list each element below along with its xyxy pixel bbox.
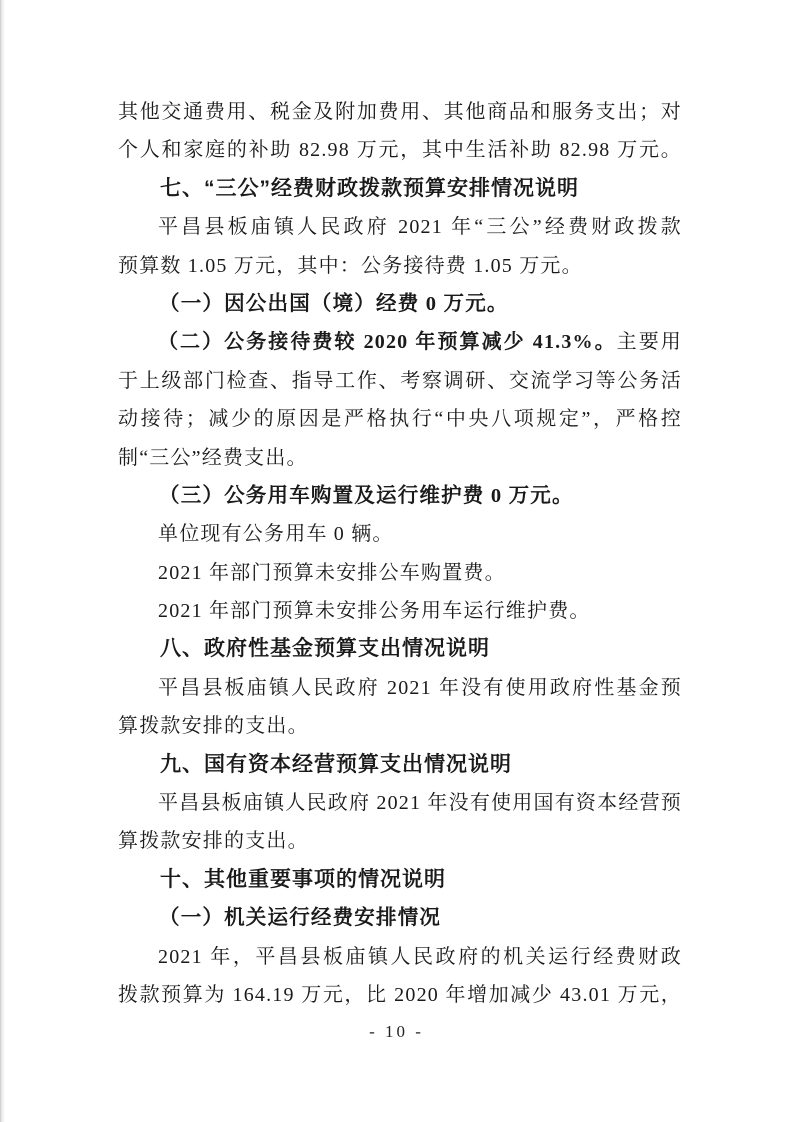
body-line: 个人和家庭的补助 82.98 万元，其中生活补助 82.98 万元。 <box>118 131 682 169</box>
body-line: 拨款预算为 164.19 万元，比 2020 年增加减少 43.01 万元， <box>118 976 682 1014</box>
heading-section-ten: 十、其他重要事项的情况说明 <box>118 861 682 899</box>
body-line: 制“三公”经费支出。 <box>118 439 682 477</box>
scan-edge-shading <box>0 0 5 1122</box>
body-line: 2021 年，平昌县板庙镇人民政府的机关运行经费财政 <box>118 938 682 976</box>
subheading-agency-costs: （一）机关运行经费安排情况 <box>118 899 682 937</box>
subheading-item-two-bold: （二）公务接待费较 2020 年预算减少 41.3%。 <box>158 331 617 353</box>
body-line: 于上级部门检查、指导工作、考察调研、交流学习等公务活 <box>118 362 682 400</box>
body-line: 预算数 1.05 万元，其中：公务接待费 1.05 万元。 <box>118 247 682 285</box>
body-line: 平昌县板庙镇人民政府 2021 年没有使用政府性基金预 <box>118 669 682 707</box>
subheading-item-one: （一）因公出国（境）经费 0 万元。 <box>118 285 682 323</box>
heading-section-nine: 九、国有资本经营预算支出情况说明 <box>118 746 682 784</box>
heading-section-eight: 八、政府性基金预算支出情况说明 <box>118 630 682 668</box>
body-line: 平昌县板庙镇人民政府 2021 年没有使用国有资本经营预 <box>118 784 682 822</box>
body-line: 算拨款安排的支出。 <box>118 822 682 860</box>
body-line: 2021 年部门预算未安排公车购置费。 <box>118 554 682 592</box>
body-line: 动接待；减少的原因是严格执行“中央八项规定”，严格控 <box>118 400 682 438</box>
body-line: 算拨款安排的支出。 <box>118 707 682 745</box>
body-line: 单位现有公务用车 0 辆。 <box>118 515 682 553</box>
body-segment: 主要用 <box>617 331 682 353</box>
body-line: 其他交通费用、税金及附加费用、其他商品和服务支出；对 <box>118 93 682 131</box>
body-line: 2021 年部门预算未安排公务用车运行维护费。 <box>118 592 682 630</box>
document-text-block: 其他交通费用、税金及附加费用、其他商品和服务支出；对 个人和家庭的补助 82.9… <box>118 93 682 1014</box>
heading-section-seven: 七、“三公”经费财政拨款预算安排情况说明 <box>118 170 682 208</box>
subheading-item-three: （三）公务用车购置及运行维护费 0 万元。 <box>118 477 682 515</box>
body-line: 平昌县板庙镇人民政府 2021 年“三公”经费财政拨款 <box>118 208 682 246</box>
footer-page-number: - 10 - <box>0 1022 793 1042</box>
subheading-item-two-line: （二）公务接待费较 2020 年预算减少 41.3%。主要用 <box>118 323 682 361</box>
